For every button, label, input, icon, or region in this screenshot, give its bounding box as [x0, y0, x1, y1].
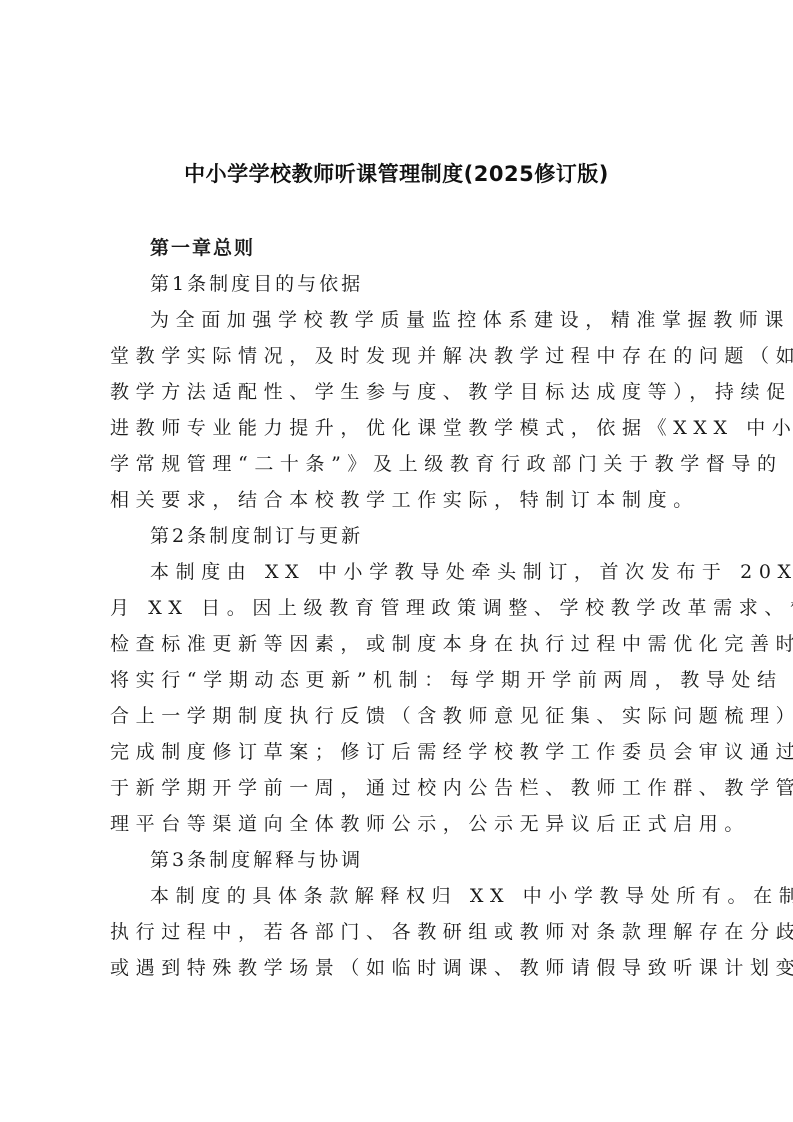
article-3-line: 执行过程中，若各部门、各教研组或教师对条款理解存在分歧，: [110, 914, 686, 950]
article-2-heading: 第2条制度制订与更新: [110, 518, 686, 554]
article-1-line: 学常规管理“二十条”》及上级教育行政部门关于教学督导的: [110, 446, 686, 482]
article-1-line: 进教师专业能力提升，优化课堂教学模式，依据《XXX 中小学教: [110, 410, 686, 446]
article-2-line: 完成制度修订草案；修订后需经学校教学工作委员会审议通过，: [110, 734, 686, 770]
article-2-line: 于新学期开学前一周，通过校内公告栏、教师工作群、教学管: [110, 770, 686, 806]
article-1-heading: 第1条制度目的与依据: [110, 266, 686, 302]
article-2-line: 理平台等渠道向全体教师公示，公示无异议后正式启用。: [110, 806, 686, 842]
article-3-line: 或遇到特殊教学场景（如临时调课、教师请假导致听课计划变: [110, 950, 686, 986]
article-1-line: 相关要求，结合本校教学工作实际，特制订本制度。: [110, 482, 686, 518]
article-2-line: 检查标准更新等因素，或制度本身在执行过程中需优化完善时，: [110, 626, 686, 662]
document-title: 中小学学校教师听课管理制度(2025修订版): [0, 156, 793, 192]
article-2-line: 月 XX 日。因上级教育管理政策调整、学校教学改革需求、督导: [110, 590, 686, 626]
article-2-line: 合上一学期制度执行反馈（含教师意见征集、实际问题梳理），: [110, 698, 686, 734]
article-1-line: 堂教学实际情况，及时发现并解决教学过程中存在的问题（如: [110, 338, 686, 374]
article-1-line: 为全面加强学校教学质量监控体系建设，精准掌握教师课: [110, 302, 686, 338]
article-3-heading: 第3条制度解释与协调: [110, 842, 686, 878]
chapter-heading: 第一章总则: [110, 230, 686, 266]
article-3-line: 本制度的具体条款解释权归 XX 中小学教导处所有。在制度: [110, 878, 686, 914]
document-body: 第一章总则 第1条制度目的与依据 为全面加强学校教学质量监控体系建设，精准掌握教…: [110, 230, 686, 986]
article-2-line: 将实行“学期动态更新”机制：每学期开学前两周，教导处结: [110, 662, 686, 698]
article-1-line: 教学方法适配性、学生参与度、教学目标达成度等），持续促: [110, 374, 686, 410]
document-page: 中小学学校教师听课管理制度(2025修订版) 第一章总则 第1条制度目的与依据 …: [0, 0, 793, 1122]
article-2-line: 本制度由 XX 中小学教导处牵头制订，首次发布于 20XX 年 X: [110, 554, 686, 590]
